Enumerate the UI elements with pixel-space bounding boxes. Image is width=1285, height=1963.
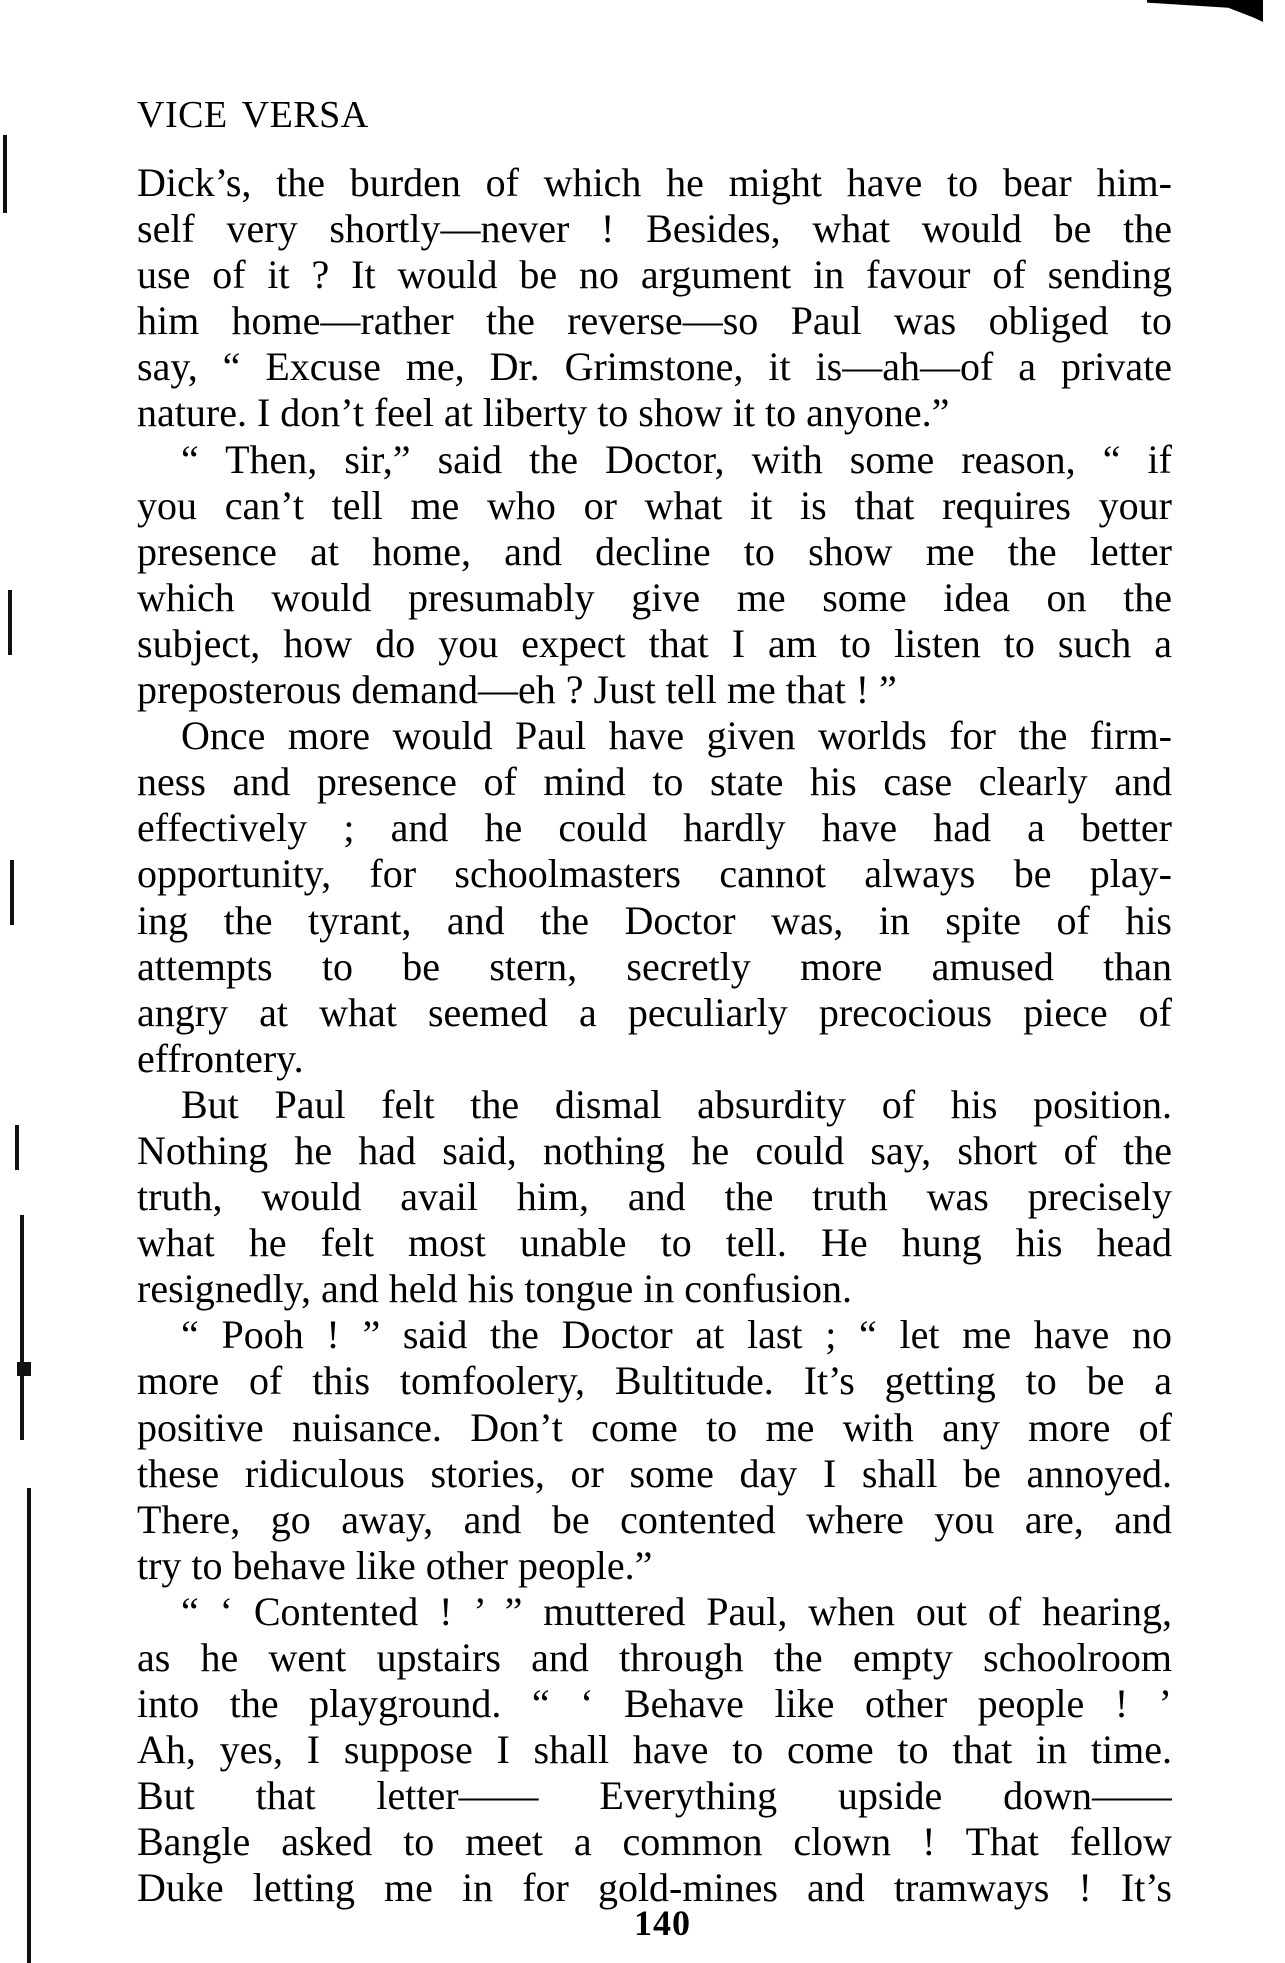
scan-margin-mark xyxy=(10,860,14,925)
text-line: Nothing he had said, nothing he could sa… xyxy=(137,1128,1172,1174)
text-line: ness and presence of mind to state his c… xyxy=(137,759,1172,805)
scan-margin-mark xyxy=(3,135,7,213)
text-line: him home—rather the reverse—so Paul was … xyxy=(137,298,1172,344)
text-line: “ Then, sir,” said the Doctor, with some… xyxy=(137,437,1172,483)
text-line: effectively ; and he could hardly have h… xyxy=(137,805,1172,851)
scan-corner-mark xyxy=(1147,0,1263,22)
text-line: positive nuisance. Don’t come to me with… xyxy=(137,1405,1172,1451)
scan-margin-mark xyxy=(17,1362,31,1376)
text-line: nature. I don’t feel at liberty to show … xyxy=(137,390,1172,436)
text-line: angry at what seemed a peculiarly precoc… xyxy=(137,990,1172,1036)
text-line: ing the tyrant, and the Doctor was, in s… xyxy=(137,898,1172,944)
text-line: effrontery. xyxy=(137,1036,1172,1082)
text-line: preposterous demand—eh ? Just tell me th… xyxy=(137,667,1172,713)
text-line: which would presumably give me some idea… xyxy=(137,575,1172,621)
text-line: Dick’s, the burden of which he might hav… xyxy=(137,160,1172,206)
text-line: what he felt most unable to tell. He hun… xyxy=(137,1220,1172,1266)
text-line: resignedly, and held his tongue in confu… xyxy=(137,1266,1172,1312)
text-line: “ ‘ Contented ! ’ ” muttered Paul, when … xyxy=(137,1589,1172,1635)
text-line: these ridiculous stories, or some day I … xyxy=(137,1451,1172,1497)
text-line: say, “ Excuse me, Dr. Grimstone, it is—a… xyxy=(137,344,1172,390)
scan-margin-mark xyxy=(20,1215,24,1440)
scan-margin-mark xyxy=(15,1125,19,1170)
body-text: Dick’s, the burden of which he might hav… xyxy=(137,160,1172,1912)
text-line: as he went upstairs and through the empt… xyxy=(137,1635,1172,1681)
text-line: attempts to be stern, secretly more amus… xyxy=(137,944,1172,990)
text-line: into the playground. “ ‘ Behave like oth… xyxy=(137,1681,1172,1727)
text-line: try to behave like other people.” xyxy=(137,1543,1172,1589)
text-line: you can’t tell me who or what it is that… xyxy=(137,483,1172,529)
scan-margin-mark xyxy=(8,590,12,655)
running-head-word: VICE xyxy=(137,94,228,136)
text-line: Ah, yes, I suppose I shall have to come … xyxy=(137,1727,1172,1773)
page-number: 140 xyxy=(0,1900,1285,1946)
scan-margin-mark xyxy=(27,1488,31,1963)
text-line: presence at home, and decline to show me… xyxy=(137,529,1172,575)
text-line: use of it ? It would be no argument in f… xyxy=(137,252,1172,298)
text-line: There, go away, and be contented where y… xyxy=(137,1497,1172,1543)
running-head-word: VERSA xyxy=(242,94,369,136)
running-head: VICEVERSA xyxy=(137,92,383,138)
text-line: opportunity, for schoolmasters cannot al… xyxy=(137,851,1172,897)
text-line: But Paul felt the dismal absurdity of hi… xyxy=(137,1082,1172,1128)
text-line: Once more would Paul have given worlds f… xyxy=(137,713,1172,759)
text-line: subject, how do you expect that I am to … xyxy=(137,621,1172,667)
text-line: But that letter—— Everything upside down… xyxy=(137,1773,1172,1819)
text-line: more of this tomfoolery, Bultitude. It’s… xyxy=(137,1358,1172,1404)
text-line: “ Pooh ! ” said the Doctor at last ; “ l… xyxy=(137,1312,1172,1358)
text-line: self very shortly—never ! Besides, what … xyxy=(137,206,1172,252)
text-line: Bangle asked to meet a common clown ! Th… xyxy=(137,1819,1172,1865)
text-line: truth, would avail him, and the truth wa… xyxy=(137,1174,1172,1220)
